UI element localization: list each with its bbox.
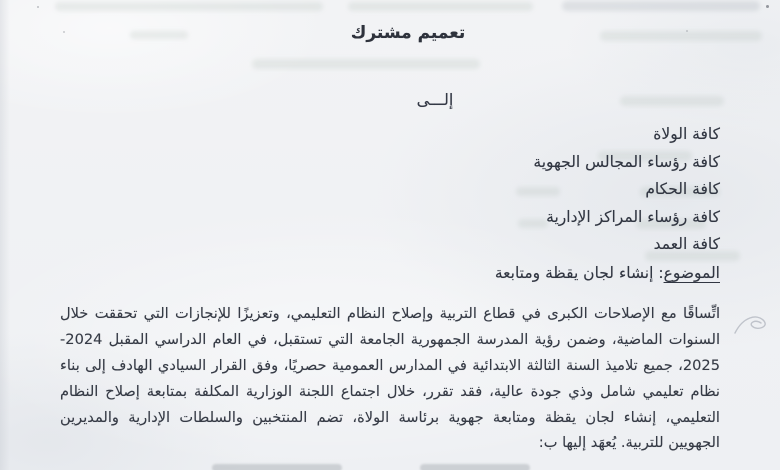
cutoff-next-line-mark <box>420 464 530 470</box>
subject-line: الموضوع: إنشاء لجان يقظة ومتابعة <box>495 264 720 282</box>
scan-speck <box>37 6 39 8</box>
recipient-governors: كافة الولاة <box>533 121 720 149</box>
subject-text: إنشاء لجان يقظة ومتابعة <box>495 264 654 282</box>
body-line: اتِّساقًا مع الإصلاحات الكبرى في قطاع ال… <box>60 301 720 327</box>
scanned-document-page: تعميم مشترك إلـــى كافة الولاة كافة رؤسا… <box>0 0 780 470</box>
recipient-prefects: كافة الحكام <box>533 176 720 204</box>
body-line: السنوات الماضية، وضمن رؤية المدرسة الجمه… <box>60 327 720 353</box>
recipient-regional-council-presidents: كافة رؤساء المجالس الجهوية <box>533 149 720 177</box>
recipient-mayors: كافة العمد <box>533 231 720 259</box>
bleed-through-mark <box>252 59 480 69</box>
bleed-through-mark <box>562 1 760 11</box>
recipient-administrative-center-heads: كافة رؤساء المراكز الإدارية <box>533 204 720 232</box>
body-line: نظام تعليمي شامل وذي جودة عالية، فقد تقر… <box>60 379 720 405</box>
cutoff-next-line-mark <box>212 464 342 470</box>
body-line: 2025، جميع تلاميذ السنة الثالثة الابتدائ… <box>60 353 720 379</box>
bleed-through-mark <box>55 2 323 11</box>
scan-speck <box>766 5 769 8</box>
body-paragraph: اتِّساقًا مع الإصلاحات الكبرى في قطاع ال… <box>60 301 720 456</box>
bleed-through-mark <box>348 2 533 11</box>
pen-squiggle-mark <box>733 311 777 341</box>
body-line-last: الجهويين للتربية. يُعهَد إليها ب: <box>60 430 720 456</box>
scan-edge-shadow <box>0 0 10 470</box>
subject-label: الموضوع <box>664 264 720 282</box>
recipients-list: كافة الولاة كافة رؤساء المجالس الجهوية ك… <box>533 121 720 259</box>
to-label: إلـــى <box>90 90 780 109</box>
document-title: تعميم مشترك <box>36 23 780 43</box>
body-line: التعليمي، إنشاء لجان يقظة ومتابعة جهوية … <box>60 405 720 431</box>
